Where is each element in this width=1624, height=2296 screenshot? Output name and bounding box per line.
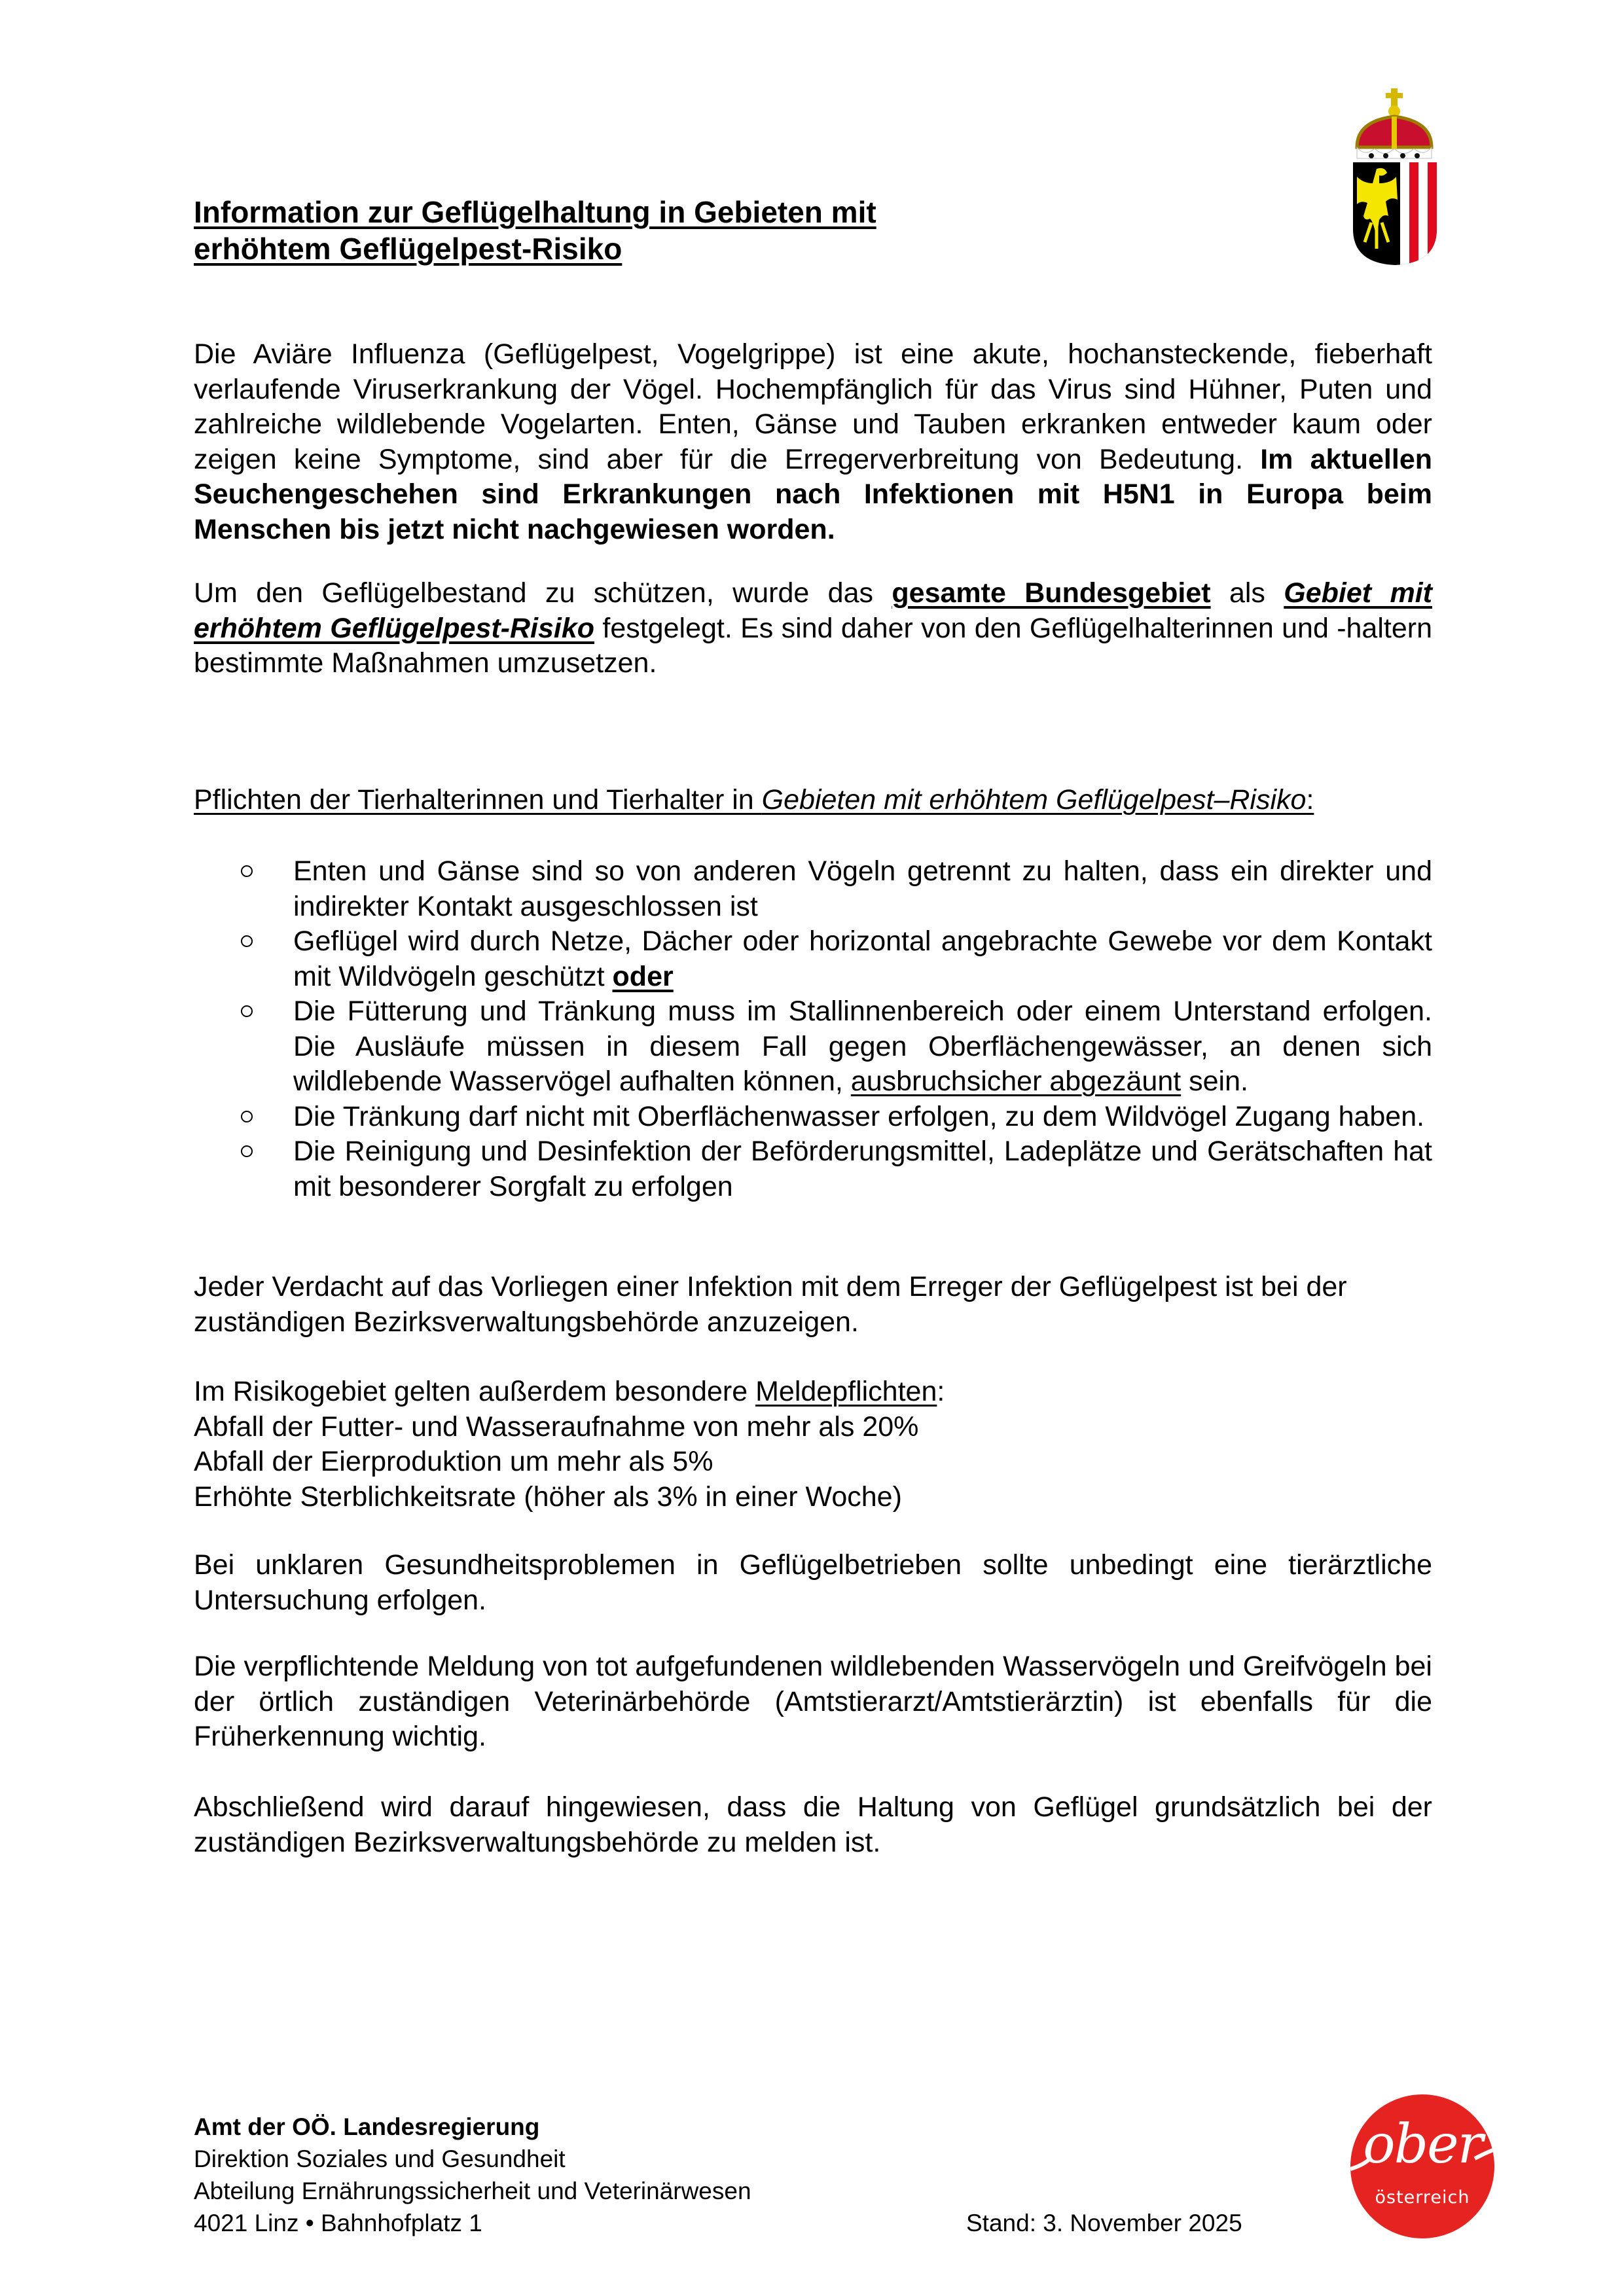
footer: Amt der OÖ. Landesregierung Direktion So… [194,2111,1307,2239]
footer-org: Amt der OÖ. Landesregierung [194,2111,1307,2143]
scope-paragraph: Um den Geflügelbestand zu schützen, wurd… [194,576,1432,681]
suspicion-paragraph: Jeder Verdacht auf das Vorliegen einer I… [194,1270,1432,1340]
duties-list: Enten und Gänse sind so von anderen Vöge… [194,854,1432,1204]
reporting-item: Abfall der Eierproduktion um mehr als 5% [194,1444,1432,1480]
intro-text: Die Aviäre Influenza (Geflügelpest, Voge… [194,338,1432,475]
duties-heading-colon: : [1306,784,1314,816]
footer-directorate: Direktion Soziales und Gesundheit [194,2143,1307,2175]
oberoesterreich-logo: ober österreich [1350,2094,1494,2238]
duties-heading-italic: Gebieten mit erhöhtem Geflügelpest–Risik… [762,784,1307,816]
title-line-1: Information zur Geflügelhaltung in Gebie… [194,195,876,229]
health-paragraph: Bei unklaren Gesundheitsproblemen in Gef… [194,1548,1432,1618]
footer-date: Stand: 3. November 2025 [966,2207,1242,2239]
title-line-2: erhöhtem Geflügelpest-Risiko [194,232,622,266]
reporting-emphasis: Meldepflichten [755,1376,937,1407]
duty-text-tail: sein. [1181,1066,1248,1097]
wildbirds-paragraph: Die verpflichtende Meldung von tot aufge… [194,1649,1432,1755]
logo-word: ober [1350,2115,1494,2174]
hollow-circle-bullet-icon [241,1111,253,1122]
duty-emphasis-fenced: ausbruchsicher abgezäunt [851,1066,1181,1097]
reporting-item: Abfall der Futter- und Wasseraufnahme vo… [194,1410,1432,1445]
duty-emphasis-oder: oder [613,961,674,992]
footer-department: Abteilung Ernährungssicherheit und Veter… [194,2175,1307,2207]
duty-text: Geflügel wird durch Netze, Dächer oder h… [293,925,1432,992]
list-item: Geflügel wird durch Netze, Dächer oder h… [194,924,1432,994]
reporting-colon: : [937,1376,945,1407]
list-item: Enten und Gänse sind so von anderen Vöge… [194,854,1432,924]
reporting-intro-text: Im Risikogebiet gelten außerdem besonder… [194,1376,755,1407]
hollow-circle-bullet-icon [241,935,253,947]
reporting-item: Erhöhte Sterblichkeitsrate (höher als 3%… [194,1480,1432,1515]
document-title: Information zur Geflügelhaltung in Gebie… [194,194,1045,267]
list-item: Die Fütterung und Tränkung muss im Stall… [194,994,1432,1100]
reporting-duties: Im Risikogebiet gelten außerdem besonder… [194,1374,1432,1515]
duties-heading-text: Pflichten der Tierhalterinnen und Tierha… [194,784,762,816]
scope-text-1: Um den Geflügelbestand zu schützen, wurd… [194,577,892,609]
list-item: Die Reinigung und Desinfektion der Beför… [194,1134,1432,1204]
scope-text-2: als [1211,577,1284,609]
duty-text: Die Tränkung darf nicht mit Oberflächenw… [293,1101,1424,1132]
upper-austria-coat-of-arms-icon [1345,85,1443,268]
hollow-circle-bullet-icon [241,1145,253,1157]
closing-paragraph: Abschließend wird darauf hingewiesen, da… [194,1790,1432,1860]
duty-text: Enten und Gänse sind so von anderen Vöge… [293,855,1432,922]
duties-heading: Pflichten der Tierhalterinnen und Tierha… [194,783,1432,818]
scope-emphasis-bundesgebiet: gesamte Bundesgebiet [892,577,1210,609]
intro-paragraph: Die Aviäre Influenza (Geflügelpest, Voge… [194,337,1432,547]
hollow-circle-bullet-icon [241,865,253,877]
hollow-circle-bullet-icon [241,1005,253,1017]
duty-text: Die Reinigung und Desinfektion der Beför… [293,1136,1432,1202]
reporting-intro: Im Risikogebiet gelten außerdem besonder… [194,1374,1432,1410]
list-item: Die Tränkung darf nicht mit Oberflächenw… [194,1100,1432,1135]
document-page: Information zur Geflügelhaltung in Gebie… [0,0,1624,2296]
logo-subtitle: österreich [1350,2187,1494,2208]
